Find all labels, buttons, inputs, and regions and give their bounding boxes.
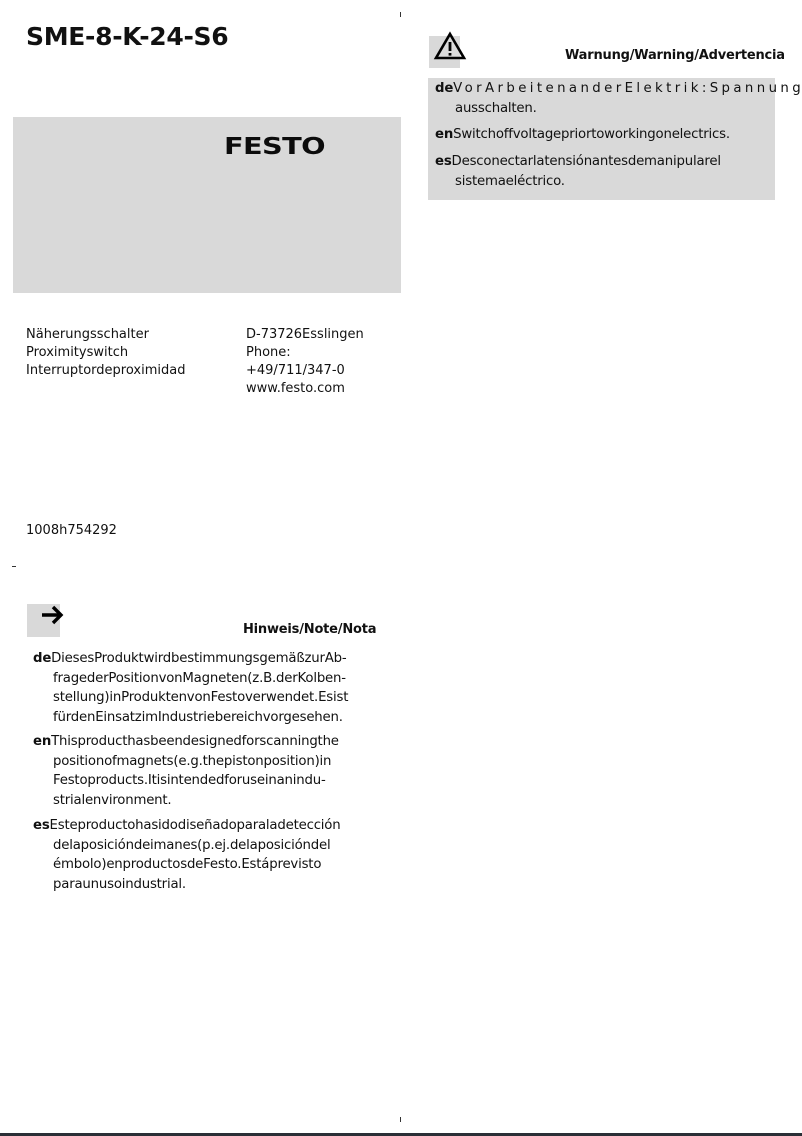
fold-mark-top — [400, 12, 401, 17]
note-text-line: fürdenEinsatzimIndustriebereichvorgesehe… — [33, 708, 393, 728]
warning-text-line: VorArbeitenanderElektrik:Spannung — [453, 81, 802, 96]
address-website: www.festo.com — [246, 380, 364, 398]
warning-text-line: ausschalten. — [435, 99, 780, 119]
product-names: Näherungsschalter Proximityswitch Interr… — [26, 326, 185, 380]
note-text-line: Festoproducts.Itisintendedforuseinanindu… — [33, 771, 393, 791]
note-text-line: paraunusoindustrial. — [33, 875, 393, 895]
lang-code: es — [435, 154, 452, 169]
note-text-line: stellung)inProduktenvonFestoverwendet.Es… — [33, 688, 393, 708]
note-item-en: enThisproducthasbeendesignedforscanningt… — [33, 732, 393, 810]
lang-code: en — [33, 734, 51, 749]
address-phone-label: Phone: — [246, 344, 364, 362]
note-text-line: positionofmagnets(e.g.thepistonposition)… — [33, 752, 393, 772]
note-text-line: delaposicióndeimanes(p.ej.delaposiciónde… — [33, 836, 393, 856]
warning-item-es: esDesconectarlatensiónantesdemanipularel… — [435, 152, 780, 191]
note-text-line: strialenvironment. — [33, 791, 393, 811]
fold-mark-left — [12, 566, 16, 567]
warning-item-en: enSwitchoffvoltagepriortoworkingonelectr… — [435, 125, 780, 145]
product-code-title: SME-8-K-24-S6 — [26, 22, 228, 51]
note-item-de: deDiesesProduktwirdbestimmungsgemäßzurAb… — [33, 649, 393, 727]
fold-mark-bottom — [400, 1117, 401, 1122]
note-text-line: fragederPositionvonMagneten(z.B.derKolbe… — [33, 669, 393, 689]
warning-text-line: Desconectarlatensiónantesdemanipularel — [452, 154, 721, 169]
product-name-de: Näherungsschalter — [26, 326, 185, 344]
address-city: D-73726Esslingen — [246, 326, 364, 344]
warning-heading: Warnung/Warning/Advertencia — [565, 48, 785, 63]
note-text-line: Thisproducthasbeendesignedforscanningthe — [51, 734, 339, 749]
lang-code: es — [33, 818, 50, 833]
arrow-right-icon — [40, 604, 66, 631]
note-text-line: DiesesProduktwirdbestimmungsgemäßzurAb- — [51, 651, 346, 666]
cover-panel — [13, 117, 401, 293]
lang-code: en — [435, 127, 453, 142]
warning-item-de: deVorArbeitenanderElektrik:Spannung auss… — [435, 79, 780, 118]
lang-code: de — [435, 81, 453, 96]
note-text-line: Esteproductohasidodiseñadoparaladetecció… — [50, 818, 341, 833]
document-number: 1008h754292 — [26, 523, 117, 538]
lang-code: de — [33, 651, 51, 666]
note-heading: Hinweis/Note/Nota — [243, 622, 376, 637]
warning-triangle-icon — [433, 31, 467, 65]
warning-text-line: Switchoffvoltagepriortoworkingonelectric… — [453, 127, 730, 142]
note-text-line: émbolo)enproductosdeFesto.Estáprevisto — [33, 855, 393, 875]
festo-logo: FESTO — [224, 134, 325, 160]
note-item-es: esEsteproductohasidodiseñadoparaladetecc… — [33, 816, 393, 894]
product-name-es: Interruptordeproximidad — [26, 362, 185, 380]
company-address: D-73726Esslingen Phone: +49/711/347-0 ww… — [246, 326, 364, 398]
warning-text-line: sistemaeléctrico. — [435, 172, 780, 192]
product-name-en: Proximityswitch — [26, 344, 185, 362]
address-phone-number: +49/711/347-0 — [246, 362, 364, 380]
